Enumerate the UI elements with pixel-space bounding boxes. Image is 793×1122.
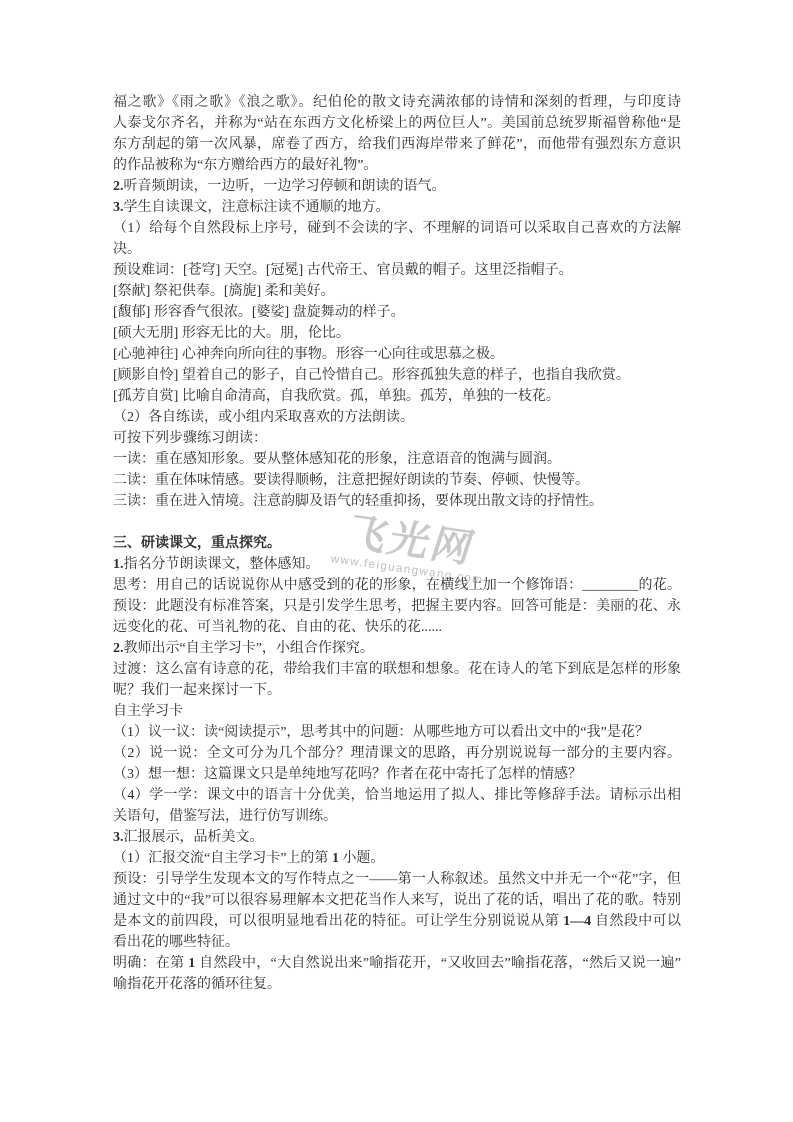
text-line: 决。 [113, 239, 681, 260]
text-line: （1）议一议：读“阅读提示”，思考其中的问题：从哪些地方可以看出文中的“我”是花… [113, 722, 681, 743]
text-line: 预设：此题没有标准答案，只是引发学生思考，把握主要内容。回答可能是：美丽的花、永 [113, 596, 681, 617]
text-line: [硕大无朋] 形容无比的大。朋，伦比。 [113, 323, 681, 344]
text-line: 自主学习卡 [113, 701, 681, 722]
text-line: [孤芳自赏] 比喻自命清高，自我欣赏。孤，单独。孤芳，单独的一枝花。 [113, 386, 681, 407]
text-line: 三、研读课文，重点探究。 [113, 533, 681, 554]
text-line: 2.听音频朗读，一边听，一边学习停顿和朗读的语气。 [113, 176, 681, 197]
text-line: 远变化的花、可当礼物的花、自由的花、快乐的花...... [113, 617, 681, 638]
text-line: 明确：在第 1 自然段中，“大自然说出来”喻指花开，“又收回去”喻指花落，“然后… [113, 953, 681, 974]
text-line: [祭献] 祭祀供奉。[旖旎] 柔和美好。 [113, 281, 681, 302]
text-line: 3.学生自读课文，注意标注读不通顺的地方。 [113, 197, 681, 218]
text-line: 1.指名分节朗读课文，整体感知。 [113, 554, 681, 575]
text-line: 2.教师出示“自主学习卡”，小组合作探究。 [113, 638, 681, 659]
text-line: 看出花的哪些特征。 [113, 932, 681, 953]
text-line: （3）想一想：这篇课文只是单纯地写花吗？作者在花中寄托了怎样的情感？ [113, 764, 681, 785]
text-line: 通过文中的“我”可以很容易理解本文把花当作人来写，说出了花的话，唱出了花的歌。特… [113, 890, 681, 911]
text-line: （2）说一说：全文可分为几个部分？理清课文的思路，再分别说说每一部分的主要内容。 [113, 743, 681, 764]
text-line: 喻指花开花落的循环往复。 [113, 974, 681, 995]
text-line: 二读：重在体味情感。要读得顺畅，注意把握好朗读的节奏、停顿、快慢等。 [113, 470, 681, 491]
text-line: 福之歌》《雨之歌》《浪之歌》。纪伯伦的散文诗充满浓郁的诗情和深刻的哲理，与印度诗 [113, 92, 681, 113]
document-body: 福之歌》《雨之歌》《浪之歌》。纪伯伦的散文诗充满浓郁的诗情和深刻的哲理，与印度诗… [113, 92, 681, 995]
text-line [113, 512, 681, 533]
text-line: 过渡：这么富有诗意的花，带给我们丰富的联想和想象。花在诗人的笔下到底是怎样的形象 [113, 659, 681, 680]
text-line: [心驰神往] 心神奔向所向往的事物。形容一心向往或思慕之极。 [113, 344, 681, 365]
text-line: [顾影自怜] 望着自己的影子，自己怜惜自己。形容孤独失意的样子，也指自我欣赏。 [113, 365, 681, 386]
text-line: 预设：引导学生发现本文的写作特点之一——第一人称叙述。虽然文中并无一个“花”字，… [113, 869, 681, 890]
text-line: 3.汇报展示，品析美文。 [113, 827, 681, 848]
text-line: （1）给每个自然段标上序号，碰到不会读的字、不理解的词语可以采取自己喜欢的方法解 [113, 218, 681, 239]
text-line: 东方刮起的第一次风暴，席卷了西方，给我们西海岸带来了鲜花”，而他带有强烈东方意识 [113, 134, 681, 155]
text-line: （2）各自练读，或小组内采取喜欢的方法朗读。 [113, 407, 681, 428]
text-line: [馥郁] 形容香气很浓。[婆娑] 盘旋舞动的样子。 [113, 302, 681, 323]
text-line: （1）汇报交流“自主学习卡”上的第 1 小题。 [113, 848, 681, 869]
text-line: 呢？我们一起来探讨一下。 [113, 680, 681, 701]
text-line: 是本文的前四段，可以很明显地看出花的特征。可让学生分别说说从第 1—4 自然段中… [113, 911, 681, 932]
text-line: 预设难词：[苍穹] 天空。[冠冕] 古代帝王、官员戴的帽子。这里泛指帽子。 [113, 260, 681, 281]
text-line: 的作品被称为“东方赠给西方的最好礼物”。 [113, 155, 681, 176]
text-line: （4）学一学：课文中的语言十分优美，恰当地运用了拟人、排比等修辞手法。请标示出相 [113, 785, 681, 806]
text-line: 人泰戈尔齐名，并称为“站在东西方文化桥梁上的两位巨人”。美国前总统罗斯福曾称他“… [113, 113, 681, 134]
text-line: 可按下列步骤练习朗读： [113, 428, 681, 449]
text-line: 关语句，借鉴写法，进行仿写训练。 [113, 806, 681, 827]
text-line: 三读：重在进入情境。注意韵脚及语气的轻重抑扬，要体现出散文诗的抒情性。 [113, 491, 681, 512]
text-line: 一读：重在感知形象。要从整体感知花的形象，注意语音的饱满与圆润。 [113, 449, 681, 470]
text-line: 思考：用自己的话说说你从中感受到的花的形象，在横线上加一个修饰语：_______… [113, 575, 681, 596]
